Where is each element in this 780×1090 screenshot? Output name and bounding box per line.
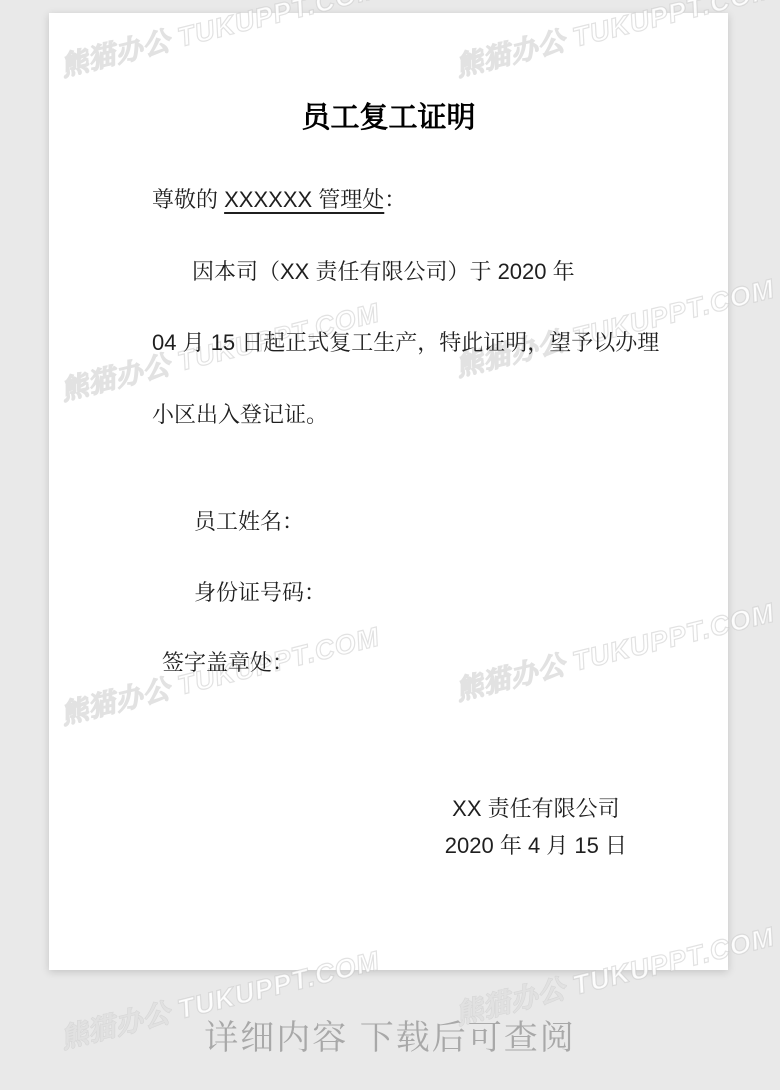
body-paragraph-line-2: 04 月 15 日起正式复工生产，特此证明，望予以办理 (152, 328, 659, 358)
signature-company: XX 责任有限公司 (445, 790, 627, 827)
signature-date: 2020 年 4 月 15 日 (445, 827, 627, 864)
body-paragraph-line-3: 小区出入登记证。 (152, 400, 328, 430)
salutation-prefix: 尊敬的 (152, 187, 224, 212)
body-paragraph-line-1: 因本司（XX 责任有限公司）于 2020 年 (192, 257, 575, 287)
salutation-line: 尊敬的 XXXXXX 管理处： (152, 185, 406, 215)
signature-block: XX 责任有限公司 2020 年 4 月 15 日 (445, 790, 627, 864)
document-title: 员工复工证明 (49, 100, 728, 136)
field-signature-seal: 签字盖章处： (162, 648, 294, 678)
field-employee-name: 员工姓名： (194, 507, 304, 537)
field-id-number: 身份证号码： (194, 578, 326, 608)
salutation-recipient-underlined: XXXXXX 管理处 (224, 187, 384, 212)
preview-stage: 熊猫办公 TUKUPPT.COM 熊猫办公 TUKUPPT.COM 熊猫办公 T… (0, 0, 780, 1090)
salutation-colon: ： (384, 187, 406, 212)
document-content: 员工复工证明 尊敬的 XXXXXX 管理处： 因本司（XX 责任有限公司）于 2… (49, 13, 728, 970)
footer-notice: 详细内容 下载后可查阅 (0, 1014, 780, 1062)
